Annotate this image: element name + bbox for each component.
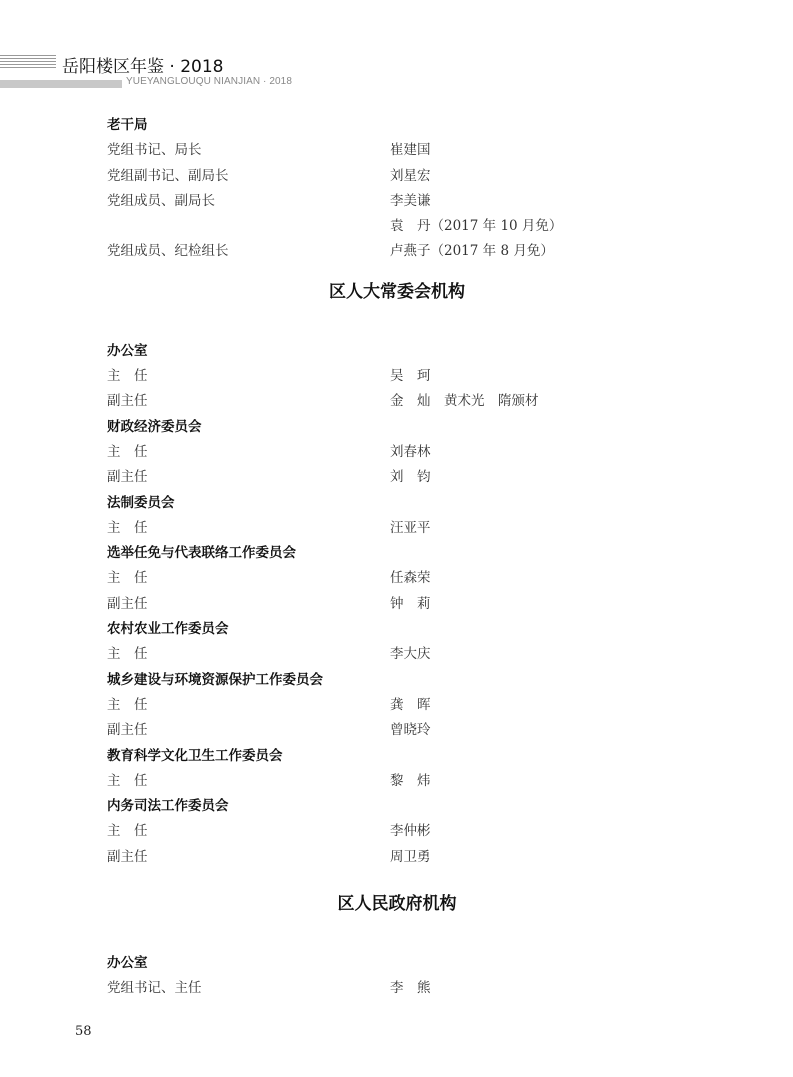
- personnel-row: 主 任 刘春林: [107, 440, 727, 465]
- personnel-row: 副主任 刘 钧: [107, 465, 727, 490]
- header-decorative-bar: [0, 80, 122, 88]
- role-label: 主 任: [107, 819, 148, 844]
- running-header: 岳阳楼区年鉴 · 2018 YUEYANGLOUQU NIANJIAN · 20…: [0, 52, 400, 92]
- role-label: 主 任: [107, 566, 148, 591]
- department-heading: 教育科学文化卫生工作委员会: [107, 744, 727, 769]
- header-subtitle: YUEYANGLOUQU NIANJIAN · 2018: [126, 76, 292, 87]
- person-name: 曾晓玲: [390, 718, 431, 743]
- role-label: 副主任: [107, 718, 148, 743]
- personnel-row: 袁 丹（2017 年 10 月免）: [107, 214, 727, 239]
- personnel-row: 党组书记、主任 李 熊: [107, 976, 727, 1001]
- role-label: 主 任: [107, 516, 148, 541]
- personnel-row: 党组书记、局长 崔建国: [107, 138, 727, 163]
- role-label: 党组成员、纪检组长: [107, 239, 229, 264]
- department-heading: 内务司法工作委员会: [107, 794, 727, 819]
- role-label: 副主任: [107, 592, 148, 617]
- personnel-row: 党组成员、副局长 李美谦: [107, 189, 727, 214]
- department-heading: 城乡建设与环境资源保护工作委员会: [107, 668, 727, 693]
- personnel-row: 主 任 李仲彬: [107, 819, 727, 844]
- department-heading: 法制委员会: [107, 491, 727, 516]
- header-title: 岳阳楼区年鉴 · 2018: [62, 52, 223, 77]
- person-name: 李美谦: [390, 189, 431, 214]
- department-heading: 农村农业工作委员会: [107, 617, 727, 642]
- person-name: 李大庆: [390, 642, 431, 667]
- section-title: 区人民政府机构: [107, 880, 687, 928]
- person-name: 李仲彬: [390, 819, 431, 844]
- role-label: 副主任: [107, 845, 148, 870]
- personnel-row: 副主任 金 灿 黄术光 隋颁材: [107, 389, 727, 414]
- role-label: 主 任: [107, 642, 148, 667]
- person-name: 任森荣: [390, 566, 431, 591]
- personnel-row: 副主任 曾晓玲: [107, 718, 727, 743]
- person-name: 周卫勇: [390, 845, 431, 870]
- personnel-row: 主 任 龚 晖: [107, 693, 727, 718]
- department-heading: 财政经济委员会: [107, 415, 727, 440]
- personnel-row: 党组副书记、副局长 刘星宏: [107, 164, 727, 189]
- personnel-row: 主 任 吴 珂: [107, 364, 727, 389]
- page-content: 老干局 党组书记、局长 崔建国 党组副书记、副局长 刘星宏 党组成员、副局长 李…: [107, 113, 727, 1002]
- person-name: 汪亚平: [390, 516, 431, 541]
- role-label: 党组书记、主任: [107, 976, 202, 1001]
- person-name: 钟 莉: [390, 592, 431, 617]
- person-name: 李 熊: [390, 976, 431, 1001]
- person-name: 金 灿 黄术光 隋颁材: [390, 389, 539, 414]
- personnel-row: 党组成员、纪检组长 卢燕子（2017 年 8 月免）: [107, 239, 727, 264]
- person-name: 刘 钧: [390, 465, 431, 490]
- personnel-row: 主 任 李大庆: [107, 642, 727, 667]
- department-heading: 办公室: [107, 339, 727, 364]
- department-heading: 选举任免与代表联络工作委员会: [107, 541, 727, 566]
- role-label: 主 任: [107, 693, 148, 718]
- personnel-row: 副主任 钟 莉: [107, 592, 727, 617]
- role-label: 党组副书记、副局长: [107, 164, 229, 189]
- person-name: 黎 炜: [390, 769, 431, 794]
- personnel-row: 主 任 任森荣: [107, 566, 727, 591]
- role-label: 党组成员、副局长: [107, 189, 215, 214]
- department-heading: 办公室: [107, 951, 727, 976]
- role-label: 副主任: [107, 465, 148, 490]
- section-title: 区人大常委会机构: [107, 268, 687, 316]
- header-decorative-lines: [0, 55, 56, 71]
- person-name: 刘春林: [390, 440, 431, 465]
- person-name: 袁 丹（2017 年 10 月免）: [390, 214, 562, 239]
- department-heading: 老干局: [107, 113, 727, 138]
- personnel-row: 主 任 黎 炜: [107, 769, 727, 794]
- person-name: 吴 珂: [390, 364, 431, 389]
- role-label: 主 任: [107, 364, 148, 389]
- personnel-row: 主 任 汪亚平: [107, 516, 727, 541]
- person-name: 崔建国: [390, 138, 431, 163]
- person-name: 卢燕子（2017 年 8 月免）: [390, 239, 554, 264]
- role-label: 主 任: [107, 440, 148, 465]
- personnel-row: 副主任 周卫勇: [107, 845, 727, 870]
- page-number: 58: [75, 1024, 92, 1039]
- role-label: 主 任: [107, 769, 148, 794]
- person-name: 刘星宏: [390, 164, 431, 189]
- person-name: 龚 晖: [390, 693, 431, 718]
- role-label: 副主任: [107, 389, 148, 414]
- role-label: 党组书记、局长: [107, 138, 202, 163]
